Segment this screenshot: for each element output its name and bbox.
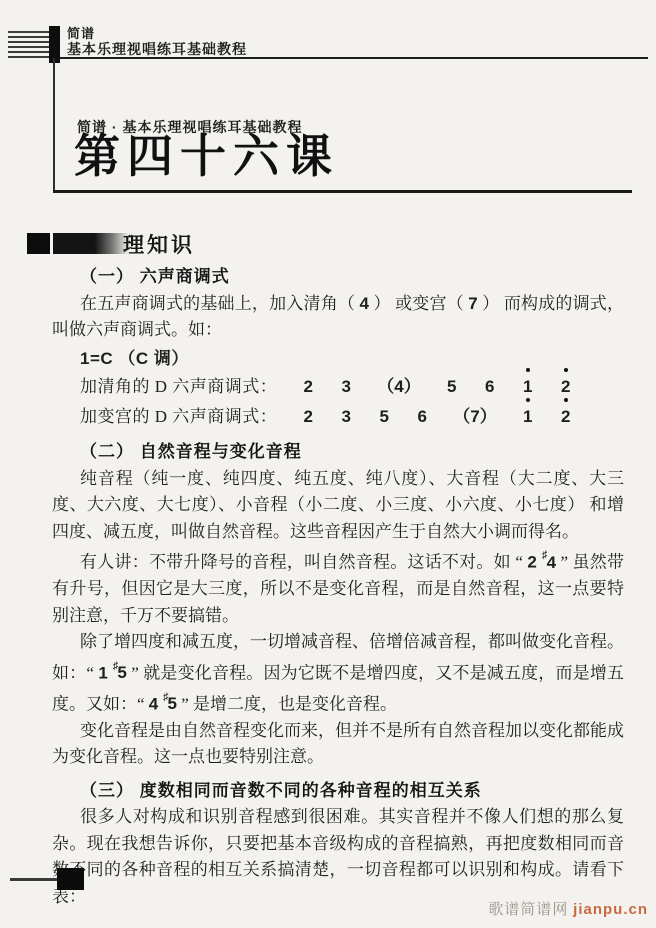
octave-dot-icon — [564, 368, 568, 372]
jianpu-note: 2 — [301, 402, 315, 432]
banner-ink-smudge — [53, 233, 129, 254]
section-heading: （二） 自然音程与变化音程 — [52, 439, 624, 466]
scale-label: 加清角的 D 六声商调式： — [80, 377, 277, 396]
octave-dot-icon — [526, 398, 530, 402]
jianpu-note: 3 — [339, 402, 353, 432]
section-banner: 理知识 — [27, 232, 195, 255]
header-ruled-lines — [8, 31, 50, 62]
paragraph: 在五声商调式的基础上，加入清角（ 4 ） 或变宫（ 7 ） 而构成的调式，叫做六… — [52, 291, 624, 344]
section-heading: （一） 六声商调式 — [52, 264, 624, 291]
jianpu-scale-line: 加清角的 D 六声商调式：23（4）5612 — [52, 372, 624, 402]
key-signature-line: 1=C （C 调） — [52, 346, 624, 373]
text-run: 在五声商调式的基础上，加入清角（ — [80, 294, 360, 313]
watermark-site-name: 歌谱简谱网 — [488, 902, 568, 918]
text-run: 1=C （C 调） — [80, 349, 189, 368]
paragraph: 除了增四度和减五度，一切增减音程、倍增倍减音程，都叫做变化音程。如：“ 1 ♯5… — [52, 629, 624, 718]
text-run: 7 — [468, 294, 477, 313]
title-bracket-line — [53, 58, 55, 191]
sharp-icon: ♯ — [163, 691, 169, 703]
sharp-note: ♯4 — [542, 553, 556, 572]
book-page: 简谱 基本乐理视唱练耳基础教程 简谱 · 基本乐理视唱练耳基础教程 第四十六课 … — [0, 0, 656, 928]
paragraph: 变化音程是由自然音程变化而来，但并不是所有自然音程加以变化都能成为变化音程。这一… — [52, 718, 624, 771]
sharp-icon: ♯ — [542, 549, 548, 561]
lesson-title: 第四十六课 — [74, 128, 339, 184]
site-watermark: 歌谱简谱网 jianpu.cn — [488, 898, 648, 919]
header-rule — [60, 57, 648, 59]
text-run: 1 — [98, 663, 112, 682]
sharp-note: ♯5 — [113, 663, 127, 682]
jianpu-note: 2 — [301, 372, 315, 402]
banner-square-mark — [27, 233, 50, 254]
sharp-note: ♯5 — [163, 694, 177, 713]
footer-marker-square — [57, 868, 84, 890]
jianpu-scale-line: 加变宫的 D 六声商调式：2356（7）12 — [52, 402, 624, 432]
text-run: 纯音程（纯一度、纯四度、纯五度、纯八度）、大音程（大二度、大三度、大六度、大七度… — [52, 469, 624, 541]
text-run: ” 是增二度，也是变化音程。 — [177, 694, 397, 713]
scale-label: 加变宫的 D 六声商调式： — [80, 407, 277, 426]
section-heading: （三） 度数相同而音数不同的各种音程的相互关系 — [52, 778, 624, 805]
text-run: 很多人对构成和识别音程感到很困难。其实音程并不像人们想的那么复杂。现在我想告诉你… — [52, 807, 624, 906]
header-series-title: 基本乐理视唱练耳基础教程 — [67, 42, 247, 57]
text-run: 4 — [360, 294, 369, 313]
jianpu-note: （4） — [377, 372, 420, 402]
text-run: ） 或变宫（ — [369, 294, 468, 313]
jianpu-note: 6 — [483, 372, 497, 402]
text-run: 2 — [527, 553, 541, 572]
jianpu-note: 3 — [339, 372, 353, 402]
paragraph: 有人讲：不带升降号的音程，叫自然音程。这话不对。如 “ 2 ♯4 ” 虽然带有升… — [52, 545, 624, 629]
jianpu-note: 1 — [521, 402, 535, 432]
octave-dot-icon — [526, 368, 530, 372]
jianpu-note: 5 — [445, 372, 459, 402]
jianpu-note: （7） — [453, 402, 496, 432]
header-imprint: 简谱 — [67, 27, 95, 41]
watermark-site-url: jianpu.cn — [573, 901, 648, 918]
paragraph: 纯音程（纯一度、纯四度、纯五度、纯八度）、大音程（大二度、大三度、大六度、大七度… — [52, 466, 624, 546]
text-run: 有人讲：不带升降号的音程，叫自然音程。这话不对。如 “ — [80, 553, 527, 572]
title-underline — [53, 190, 632, 193]
content-area: （一） 六声商调式在五声商调式的基础上，加入清角（ 4 ） 或变宫（ 7 ） 而… — [52, 264, 624, 910]
sharp-icon: ♯ — [113, 660, 119, 672]
banner-label: 理知识 — [123, 229, 195, 259]
jianpu-note: 2 — [559, 402, 573, 432]
jianpu-note: 6 — [415, 402, 429, 432]
octave-dot-icon — [564, 398, 568, 402]
footer-marker-line — [10, 878, 58, 881]
text-run: 变化音程是由自然音程变化而来，但并不是所有自然音程加以变化都能成为变化音程。这一… — [52, 721, 624, 767]
text-run: 4 — [149, 694, 163, 713]
paragraph: 很多人对构成和识别音程感到很困难。其实音程并不像人们想的那么复杂。现在我想告诉你… — [52, 804, 624, 910]
jianpu-note: 5 — [377, 402, 391, 432]
